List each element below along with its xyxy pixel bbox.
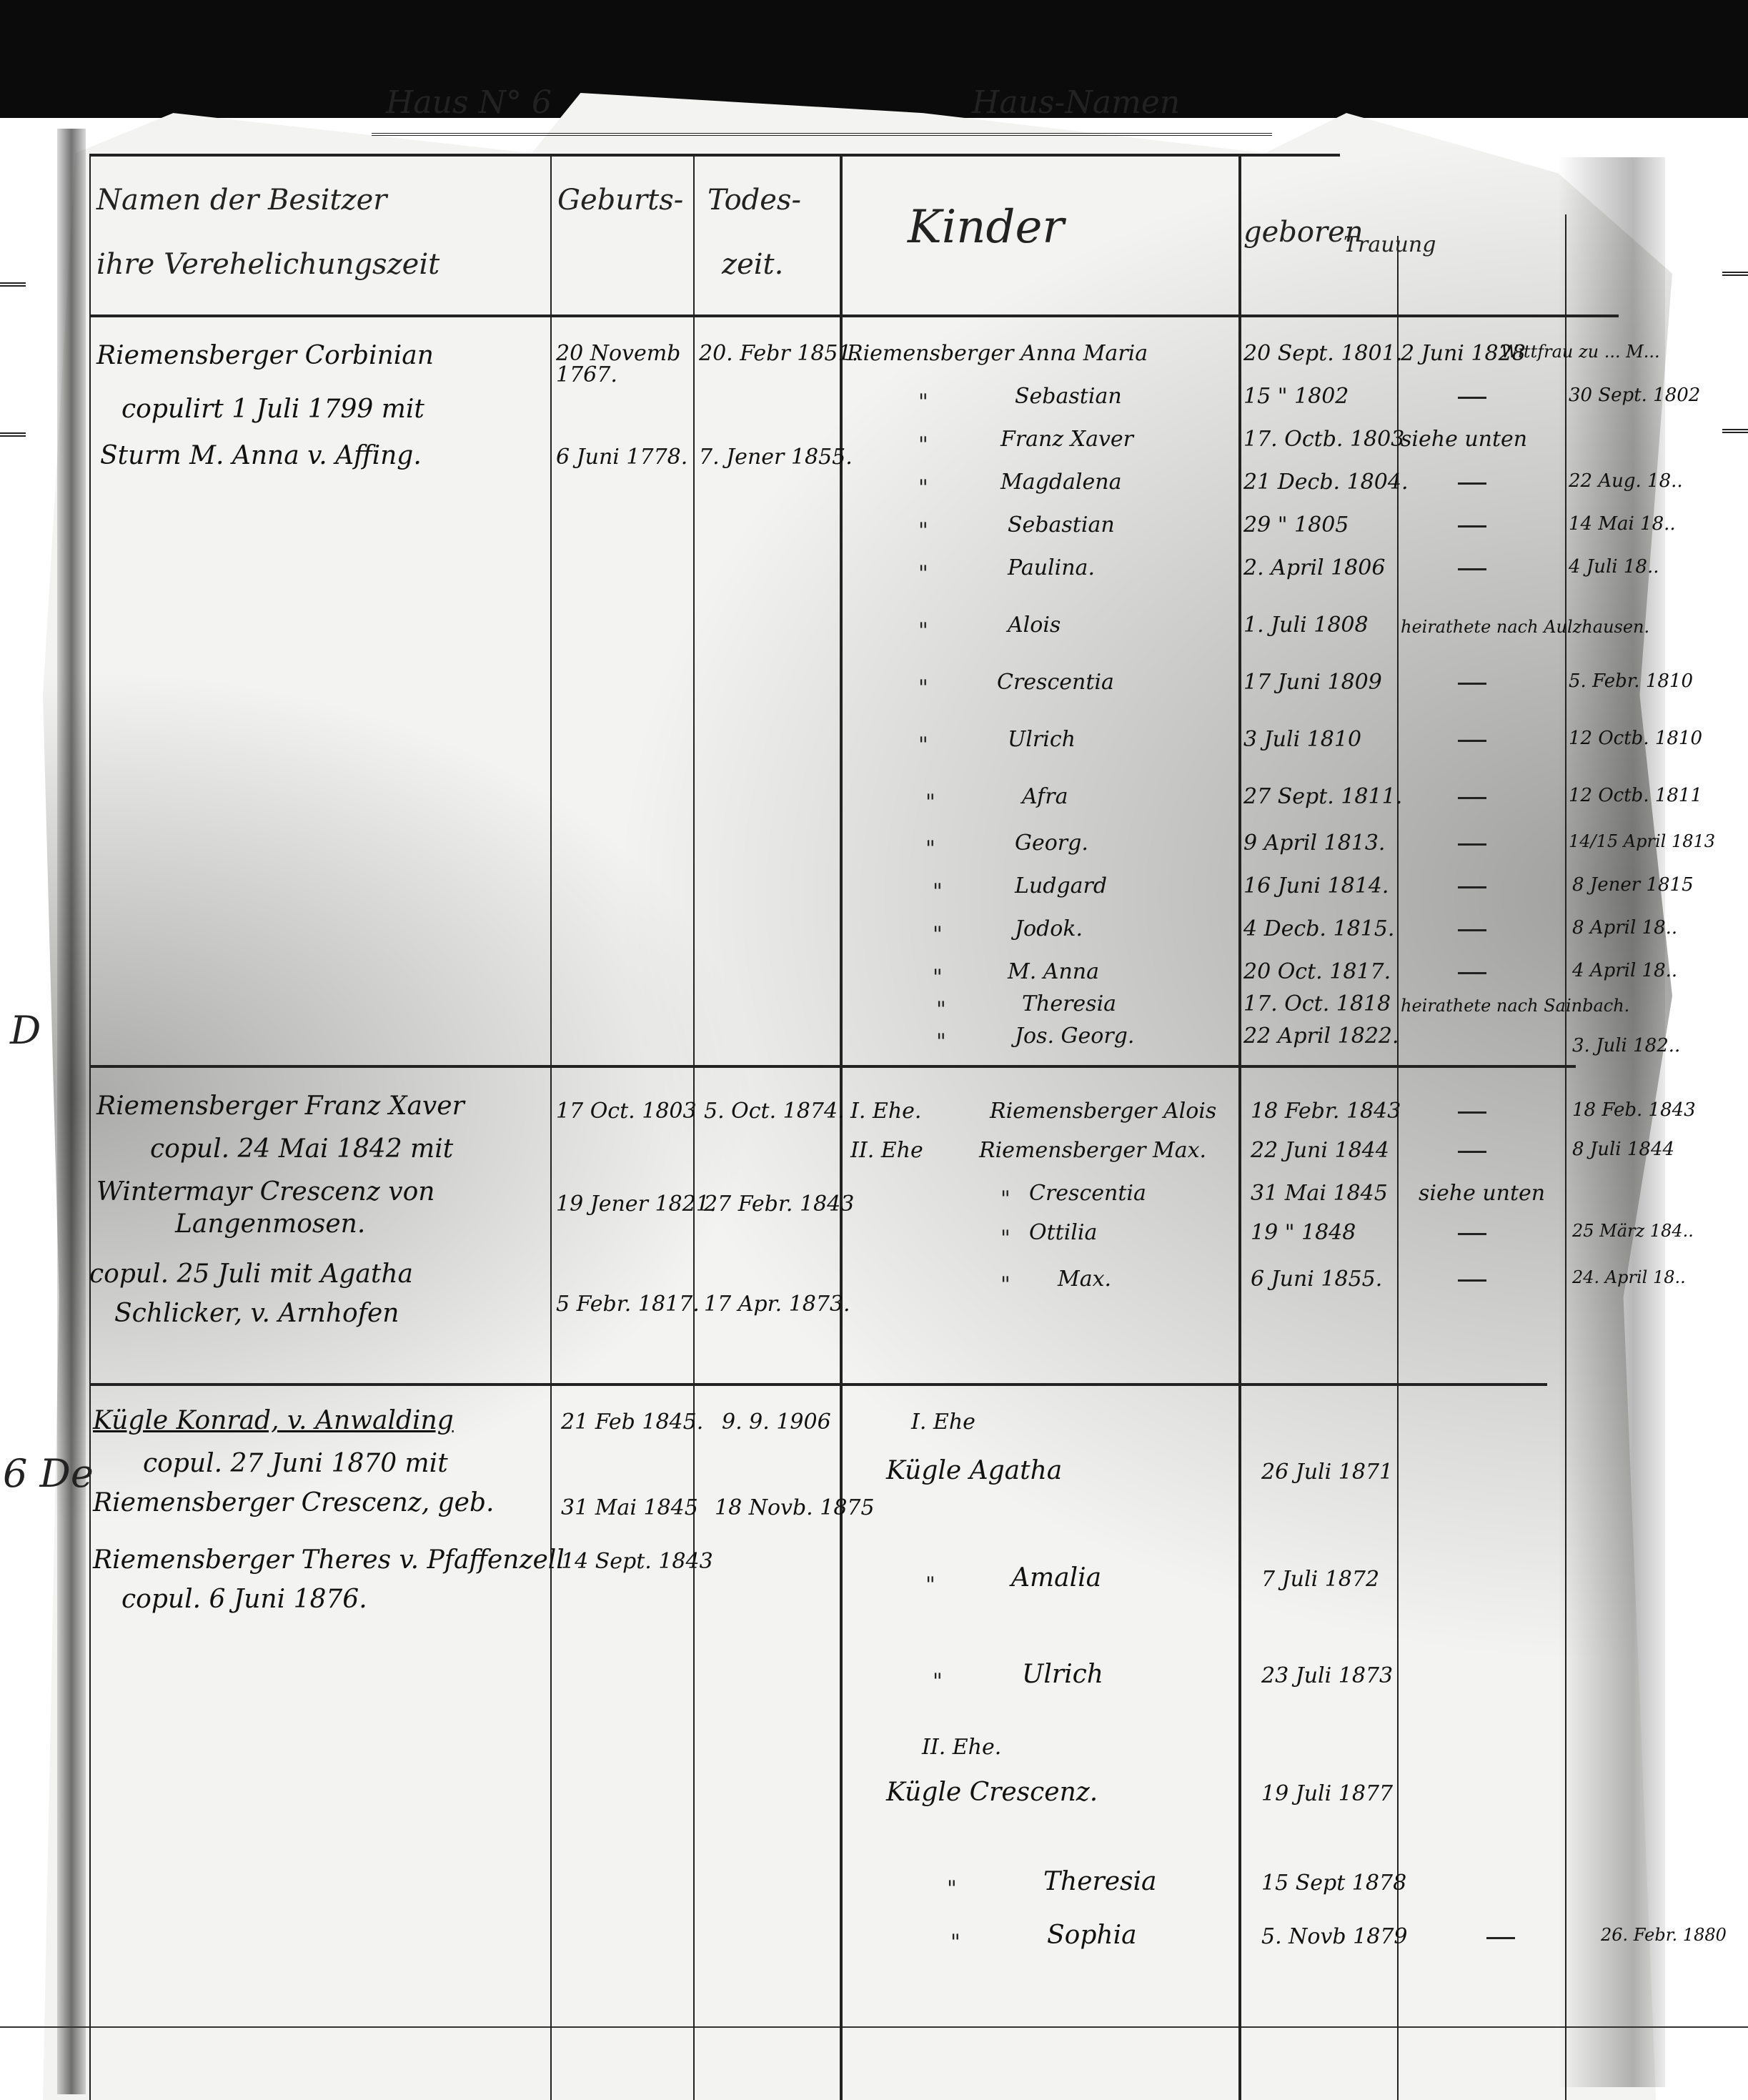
ditto-mark: " — [936, 1029, 946, 1054]
dash — [1458, 525, 1486, 528]
child-death: 30 Sept. 1802 — [1569, 386, 1700, 405]
ditto-mark: " — [918, 618, 928, 643]
margin-letter-d: D — [10, 1008, 41, 1053]
dash — [1458, 740, 1486, 742]
header-marriage: Trauung — [1344, 229, 1436, 261]
child-name: Franz Xaver — [1000, 429, 1133, 450]
owner-line: Langenmosen. — [175, 1212, 365, 1237]
child-marriage: siehe unten — [1419, 1183, 1545, 1204]
col-divider-born — [1238, 154, 1241, 2100]
owner-line: copulirt 1 Juli 1799 mit — [121, 397, 424, 422]
marriage-label: II. Ehe. — [922, 1737, 1001, 1758]
child-born: 16 Juni 1814. — [1243, 876, 1389, 897]
child-born: 17. Oct. 1818 — [1243, 994, 1391, 1015]
marriage-label: I. Ehe. — [850, 1101, 921, 1122]
owner-death-date: 5. Oct. 1874. — [704, 1101, 845, 1122]
dash — [1458, 972, 1486, 974]
header-bottom-rule — [89, 314, 1619, 317]
owner-birth-date: 14 Sept. 1843 — [561, 1551, 713, 1572]
child-death: 14 Mai 18.. — [1569, 515, 1676, 533]
child-born: 22 Juni 1844 — [1251, 1140, 1389, 1162]
title-rule — [372, 133, 1272, 136]
ditto-mark: " — [925, 1572, 935, 1598]
child-name: Georg. — [1015, 833, 1088, 854]
bottom-rule — [0, 2026, 1748, 2028]
child-name: Ulrich — [1022, 1662, 1103, 1688]
child-death: 5. Febr. 1810 — [1569, 672, 1693, 690]
ditto-mark: " — [925, 790, 935, 815]
child-born: 19 " 1848 — [1251, 1222, 1356, 1244]
side-tab-marker — [0, 282, 26, 287]
child-born: 26 Juli 1871 — [1261, 1462, 1393, 1483]
child-name: Amalia — [1011, 1565, 1101, 1591]
ditto-mark: " — [925, 836, 935, 861]
family-1-rule — [89, 1065, 1576, 1068]
child-born: 2. April 1806 — [1243, 558, 1385, 579]
child-born: 15 " 1802 — [1243, 386, 1349, 407]
ditto-mark: " — [918, 561, 928, 586]
owner-death-date: 7. Jener 1855. — [699, 447, 853, 468]
child-born: 17. Octb. 1803 — [1243, 429, 1404, 450]
ditto-mark: " — [1000, 1272, 1010, 1297]
dash — [1458, 683, 1486, 685]
child-born: 15 Sept 1878 — [1261, 1873, 1406, 1894]
house-name-title: Haus-Namen — [972, 84, 1180, 121]
child-name: Crescentia — [997, 672, 1114, 693]
child-born: 4 Decb. 1815. — [1243, 918, 1394, 940]
child-name: Kügle Crescenz. — [886, 1780, 1098, 1806]
binding-spine — [57, 129, 86, 2094]
child-marriage: siehe unten — [1401, 429, 1527, 450]
owner-death-date: 18 Novb. 1875 — [715, 1497, 875, 1519]
child-death: 26. Febr. 1880 — [1601, 1926, 1727, 1943]
child-death: 18 Feb. 1843 — [1572, 1101, 1696, 1119]
marriage-label: II. Ehe — [850, 1140, 923, 1162]
side-tab-marker — [0, 432, 26, 437]
header-death: Todes- — [707, 179, 801, 222]
dash — [1458, 1279, 1486, 1282]
child-death: 22 Aug. 18.. — [1569, 472, 1683, 490]
ditto-mark: " — [1000, 1187, 1010, 1212]
col-divider-death-right — [1565, 214, 1566, 2100]
scan-dark-background — [0, 0, 1748, 118]
child-born: 7 Juli 1872 — [1261, 1569, 1379, 1590]
child-death: 8 Jener 1815 — [1572, 876, 1694, 894]
child-name: Kügle Agatha — [886, 1458, 1062, 1484]
house-number-title: Haus N° 6 — [386, 84, 552, 121]
child-born: 21 Decb. 1804. — [1243, 472, 1408, 493]
child-born: 31 Mai 1845 — [1251, 1183, 1388, 1204]
child-name: Sebastian — [1008, 515, 1115, 536]
dash — [1458, 843, 1486, 846]
owner-line: copul. 25 Juli mit Agatha — [89, 1262, 413, 1287]
child-death: 4 April 18.. — [1572, 961, 1677, 980]
child-name: Ludgard — [1015, 876, 1107, 897]
margin-letter-6de: 6 De — [3, 1451, 94, 1496]
col-divider-death — [693, 154, 695, 2100]
owner-birth-date: 6 Juni 1778. — [556, 447, 687, 468]
owner-line: copul. 6 Juni 1876. — [121, 1587, 367, 1613]
child-name: Magdalena — [1000, 472, 1121, 493]
ditto-mark: " — [1000, 1226, 1010, 1251]
child-marriage: heirathete nach Aulzhausen. — [1401, 618, 1649, 635]
child-born: 3 Juli 1810 — [1243, 729, 1361, 751]
child-death: 3. Juli 182.. — [1572, 1036, 1680, 1055]
child-death: 25 März 184.. — [1572, 1222, 1694, 1239]
header-birth: Geburts- — [557, 179, 683, 222]
owner-death-date: 9. 9. 1906 — [722, 1412, 831, 1433]
ditto-mark: " — [918, 675, 928, 700]
dash — [1458, 1111, 1486, 1114]
owner-line: Wintermayr Crescenz von — [96, 1179, 434, 1205]
owner-line: Riemensberger Crescenz, geb. — [93, 1490, 494, 1516]
dash — [1458, 929, 1486, 931]
child-name: Max. — [1058, 1269, 1111, 1290]
dash — [1458, 797, 1486, 799]
col-divider-birth — [550, 154, 552, 2100]
child-name: Jos. Georg. — [1015, 1026, 1134, 1047]
header-top-rule — [89, 154, 1340, 157]
child-born: 9 April 1813. — [1243, 833, 1385, 854]
child-born: 20 Oct. 1817. — [1243, 961, 1391, 983]
child-born: 18 Febr. 1843 — [1251, 1101, 1401, 1122]
owner-death-date: 17 Apr. 1873. — [704, 1294, 850, 1315]
child-name: Jodok. — [1015, 918, 1083, 940]
ditto-mark: " — [950, 1930, 960, 1955]
dash — [1458, 568, 1486, 570]
owner-birth-date: 21 Feb 1845. — [561, 1412, 703, 1433]
ditto-mark: " — [918, 432, 928, 457]
child-death: Wittfrau zu ... M... — [1501, 343, 1660, 360]
child-born: 20 Sept. 1801. — [1243, 343, 1402, 365]
child-name: Riemensberger Max. — [979, 1140, 1206, 1162]
header-time: zeit. — [722, 243, 783, 286]
child-born: 1. Juli 1808 — [1243, 615, 1369, 636]
ditto-mark: " — [918, 390, 928, 415]
child-name: Theresia — [1043, 1869, 1156, 1895]
dash — [1458, 1233, 1486, 1235]
child-name: Riemensberger Anna Maria — [847, 343, 1148, 365]
child-name: Sophia — [1047, 1923, 1137, 1948]
page-edge-shadow — [1558, 157, 1665, 2087]
child-name: Sebastian — [1015, 386, 1122, 407]
child-marriage: heirathete nach Sainbach. — [1401, 997, 1629, 1014]
owner-birth-date: 31 Mai 1845 — [561, 1497, 698, 1519]
family-2-rule — [89, 1383, 1547, 1386]
child-born: 19 Juli 1877 — [1261, 1783, 1393, 1805]
owner-death-date: 27 Febr. 1843 — [704, 1194, 854, 1215]
owner-line: copul. 27 Juni 1870 mit — [143, 1451, 448, 1477]
owner-birth-date: 19 Jener 1821. — [556, 1194, 716, 1215]
col-divider-marriage — [1397, 236, 1399, 2100]
ditto-mark: " — [936, 997, 946, 1022]
child-born: 6 Juni 1855. — [1251, 1269, 1382, 1290]
child-born: 22 April 1822. — [1243, 1026, 1399, 1047]
child-name: Ulrich — [1008, 729, 1076, 751]
owner-death-date: 20. Febr 1851. — [699, 343, 858, 365]
dash — [1458, 397, 1486, 399]
child-name: M. Anna — [1008, 961, 1099, 983]
child-name: Alois — [1008, 615, 1061, 636]
col-left-border — [89, 154, 91, 2100]
marriage-label: I. Ehe — [911, 1412, 975, 1433]
child-name: Riemensberger Alois — [990, 1101, 1216, 1122]
child-name: Crescentia — [1029, 1183, 1146, 1204]
ditto-mark: " — [933, 1669, 943, 1694]
dash — [1458, 1151, 1486, 1153]
side-tab-marker — [1722, 429, 1748, 433]
child-born: 17 Juni 1809 — [1243, 672, 1382, 693]
child-death: 12 Octb. 1810 — [1569, 729, 1702, 748]
child-death: 12 Octb. 1811 — [1569, 786, 1702, 805]
child-death: 24. April 18.. — [1572, 1269, 1686, 1286]
owner-birth-date: 5 Febr. 1817. — [556, 1294, 700, 1315]
child-born: 23 Juli 1873 — [1261, 1665, 1393, 1687]
owner-birth-date: 17 Oct. 1803 — [556, 1101, 697, 1122]
owner-line: copul. 24 Mai 1842 mit — [150, 1136, 453, 1162]
dash — [1458, 482, 1486, 485]
child-death: 8 April 18.. — [1572, 918, 1677, 937]
child-death: 8 Juli 1844 — [1572, 1140, 1674, 1159]
owner-line: Sturm M. Anna v. Affing. — [100, 443, 422, 469]
owner-line: Schlicker, v. Arnhofen — [114, 1301, 399, 1327]
dash — [1458, 886, 1486, 888]
header-owner-line2: ihre Verehelichungszeit — [96, 243, 440, 286]
owner-birth-date: 20 Novemb 1767. — [556, 343, 688, 386]
ditto-mark: " — [933, 879, 943, 904]
dash — [1486, 1937, 1515, 1939]
ditto-mark: " — [933, 965, 943, 990]
ditto-mark: " — [918, 475, 928, 500]
child-name: Ottilia — [1029, 1222, 1097, 1244]
child-name: Theresia — [1022, 994, 1116, 1015]
child-born: 29 " 1805 — [1243, 515, 1349, 536]
child-born: 27 Sept. 1811. — [1243, 786, 1402, 808]
child-death: 4 Juli 18.. — [1569, 558, 1659, 576]
child-name: Paulina. — [1008, 558, 1095, 579]
ditto-mark: " — [947, 1876, 957, 1901]
ditto-mark: " — [933, 922, 943, 947]
child-born: 5. Novb 1879 — [1261, 1926, 1408, 1948]
child-death: 14/15 April 1813 — [1569, 833, 1715, 850]
child-name: Afra — [1022, 786, 1068, 808]
ditto-mark: " — [918, 518, 928, 543]
side-tab-marker — [1722, 272, 1748, 276]
ditto-mark: " — [918, 733, 928, 758]
header-owner-line1: Namen der Besitzer — [96, 179, 387, 222]
owner-line: Riemensberger Corbinian — [96, 343, 434, 369]
owner-line: Riemensberger Franz Xaver — [96, 1094, 465, 1119]
header-children: Kinder — [908, 193, 1064, 262]
owner-line: Riemensberger Theres v. Pfaffenzell — [93, 1547, 565, 1573]
owner-line: Kügle Konrad, v. Anwalding — [93, 1408, 454, 1434]
